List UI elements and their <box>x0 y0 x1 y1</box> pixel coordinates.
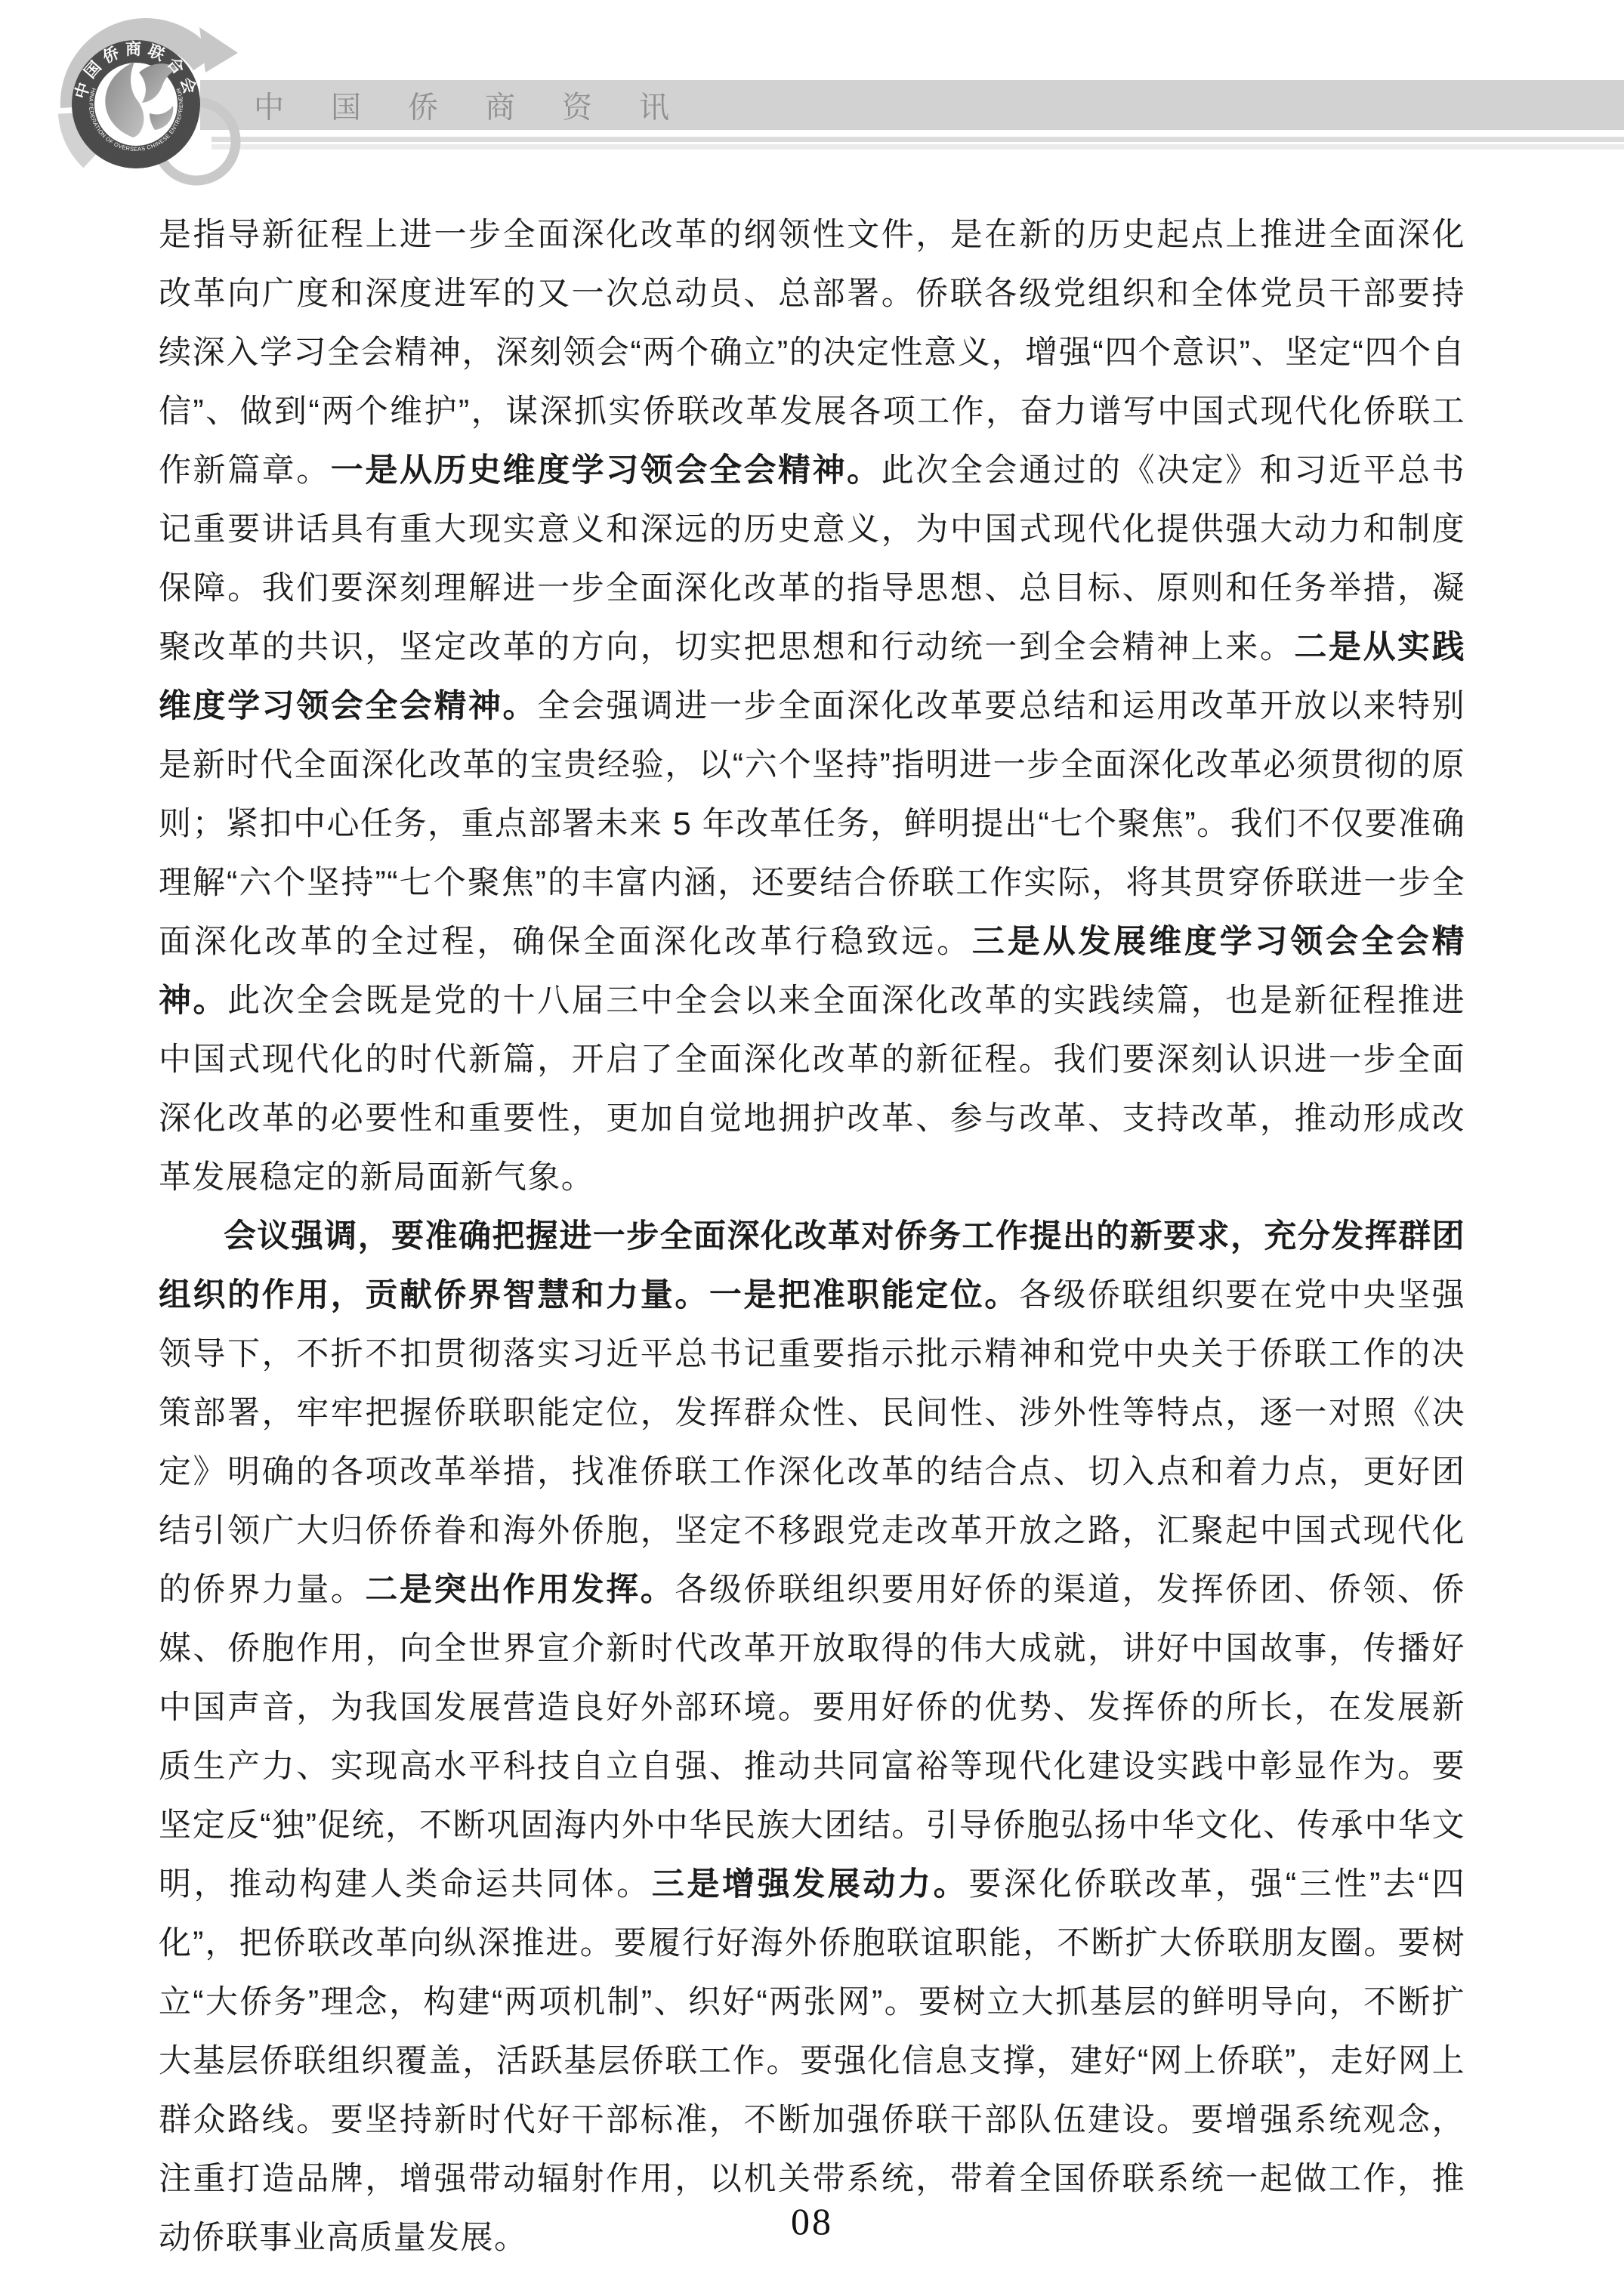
text-segment: 各级侨联组织要在党中央坚强领导下，不折不扣贯彻落实习近平总书记重要指示批示精神和… <box>159 1277 1465 1608</box>
text-segment: 各级侨联组织要用好侨的渠道，发挥侨团、侨领、侨媒、侨胞作用，向全世界宣介新时代改… <box>159 1572 1465 1903</box>
paragraph: 会议强调，要准确把握进一步全面深化改革对侨务工作提出的新要求，充分发挥群团组织的… <box>159 1207 1465 2267</box>
text-segment: 此次全会既是党的十八届三中全会以来全面深化改革的实践续篇，也是新征程推进中国式现… <box>159 983 1465 1196</box>
emphasis-segment: 三是增强发展动力。 <box>652 1866 969 1903</box>
emphasis-segment: 二是突出作用发挥。 <box>365 1572 675 1608</box>
text-segment: 全会强调进一步全面深化改革要总结和运用改革开放以来特别是新时代全面深化改革的宝贵… <box>159 688 1465 960</box>
organization-logo: 中国侨商联合会 CHINA FEDERATION OF OVERSEAS CHI… <box>21 0 270 195</box>
banner-divider-line-2 <box>211 144 1624 150</box>
page-number: 08 <box>0 2199 1624 2243</box>
paragraph: 是指导新征程上进一步全面深化改革的纲领性文件，是在新的历史起点上推进全面深化改革… <box>159 205 1465 1207</box>
emphasis-segment: 一是从历史维度学习领会全会精神。 <box>331 452 881 489</box>
text-segment: 要深化侨联改革，强“三性”去“四化”，把侨联改革向纵深推进。要履行好海外侨胞联谊… <box>159 1866 1465 2256</box>
text-segment: 是指导新征程上进一步全面深化改革的纲领性文件，是在新的历史起点上推进全面深化改革… <box>159 217 1465 489</box>
header-banner: 中国侨商资讯 <box>200 80 1624 130</box>
banner-title: 中国侨商资讯 <box>254 84 716 127</box>
document-page: 中国侨商资讯 中国侨商联合会 <box>0 0 1624 2293</box>
body-text: 是指导新征程上进一步全面深化改革的纲领性文件，是在新的历史起点上推进全面深化改革… <box>159 205 1465 2267</box>
banner-divider-line <box>211 137 1624 142</box>
